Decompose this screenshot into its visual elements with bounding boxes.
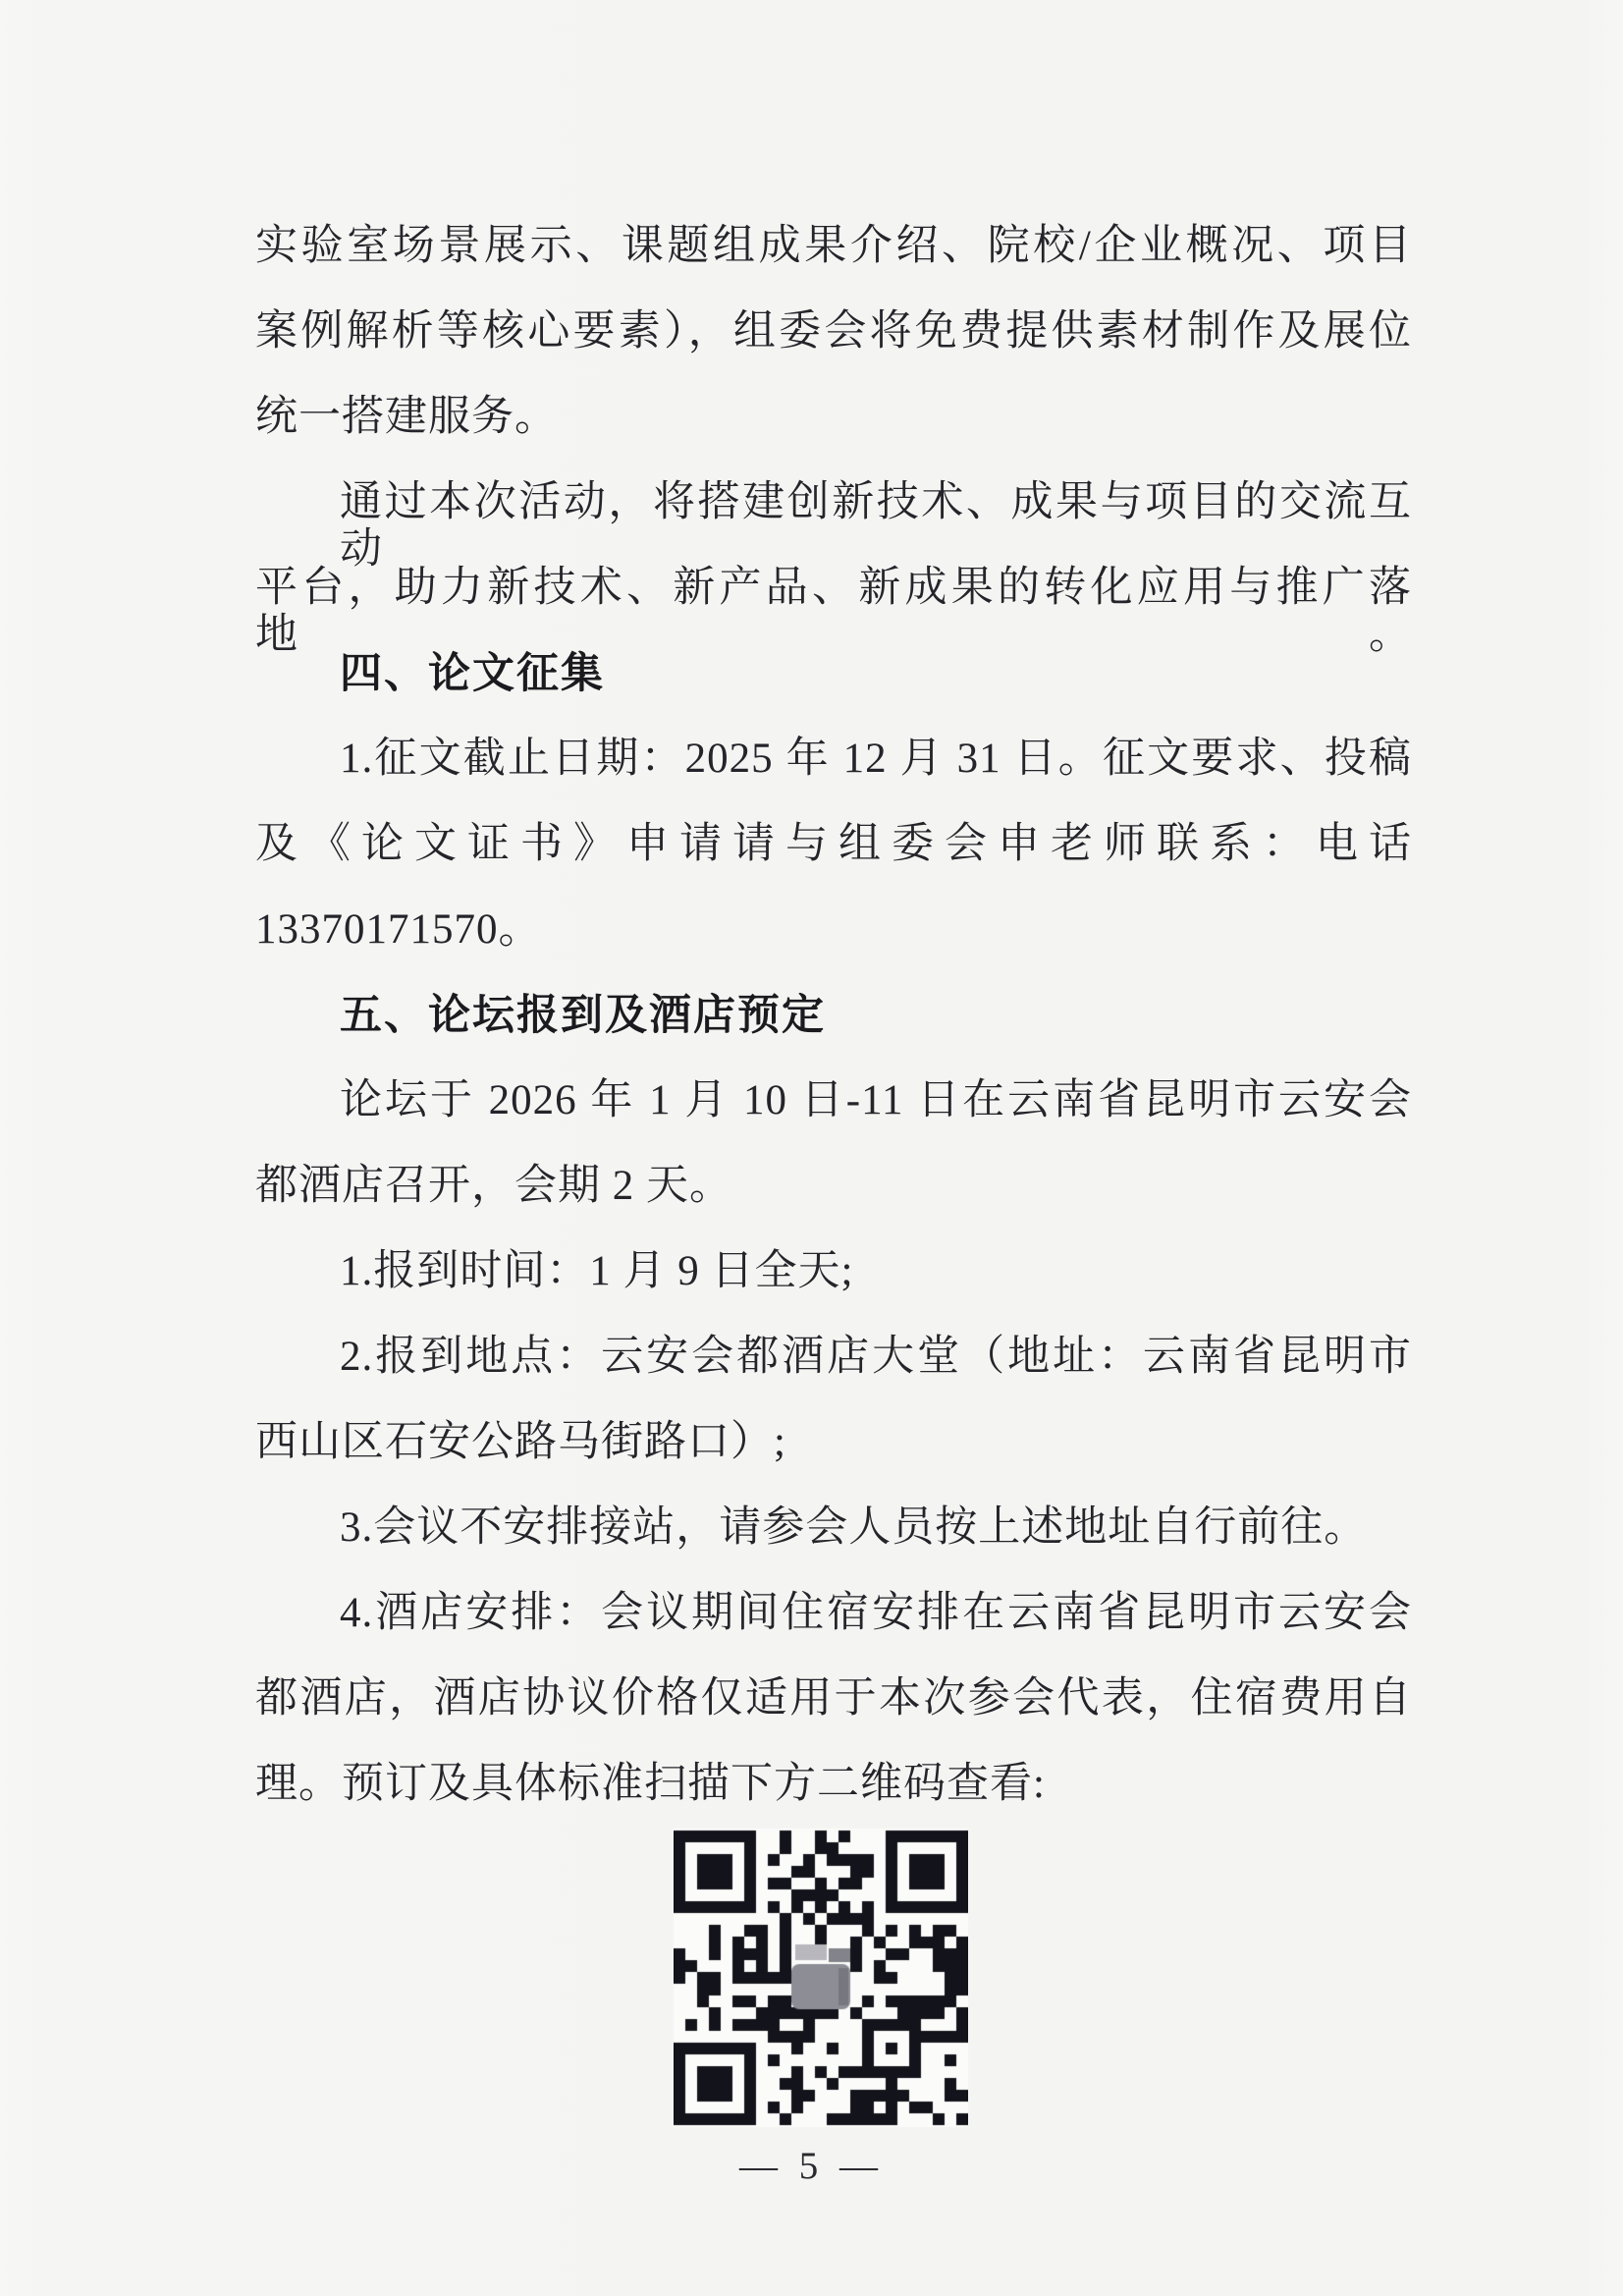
document-page: 实验室场景展示、课题组成果介绍、院校/企业概况、项目案例解析等核心要素），组委会… (0, 0, 1623, 2296)
section-heading: 五、论坛报到及酒店预定 (255, 992, 1412, 1039)
hotel-booking-qr-code (674, 1829, 968, 2127)
text-line: 理。预订及具体标准扫描下方二维码查看: (255, 1761, 1412, 1808)
text-line: 案例解析等核心要素），组委会将免费提供素材制作及展位 (255, 308, 1412, 355)
text-line: 平台，助力新技术、新产品、新成果的转化应用与推广落地。 (255, 565, 1412, 659)
text-line: 西山区石安公路马街路口）; (255, 1419, 1412, 1466)
text-line: 论坛于 2026 年 1 月 10 日-11 日在云南省昆明市云安会 (255, 1077, 1412, 1124)
text-line: 都酒店召开，会期 2 天。 (255, 1163, 1412, 1210)
text-line: 13370171570。 (255, 906, 1412, 954)
text-line: 统一搭建服务。 (255, 394, 1412, 441)
text-line: 3.会议不安排接站，请参会人员按上述地址自行前往。 (255, 1504, 1412, 1552)
page-number: — 5 — (0, 2145, 1623, 2188)
text-line: 实验室场景展示、课题组成果介绍、院校/企业概况、项目 (255, 223, 1412, 270)
section-heading: 四、论文征集 (255, 650, 1412, 697)
text-line: 通过本次活动，将搭建创新技术、成果与项目的交流互动 (255, 479, 1412, 574)
text-line: 1.征文截止日期：2025 年 12 月 31 日。征文要求、投稿 (255, 736, 1412, 783)
text-line: 1.报到时间：1 月 9 日全天; (255, 1248, 1412, 1295)
text-line: 及《论文证书》申请请与组委会申老师联系：电话 (255, 821, 1412, 868)
text-line: 4.酒店安排：会议期间住宿安排在云南省昆明市云安会 (255, 1590, 1412, 1637)
text-line: 2.报到地点：云安会都酒店大堂（地址：云南省昆明市 (255, 1334, 1412, 1381)
text-line: 都酒店，酒店协议价格仅适用于本次参会代表，住宿费用自 (255, 1675, 1412, 1722)
